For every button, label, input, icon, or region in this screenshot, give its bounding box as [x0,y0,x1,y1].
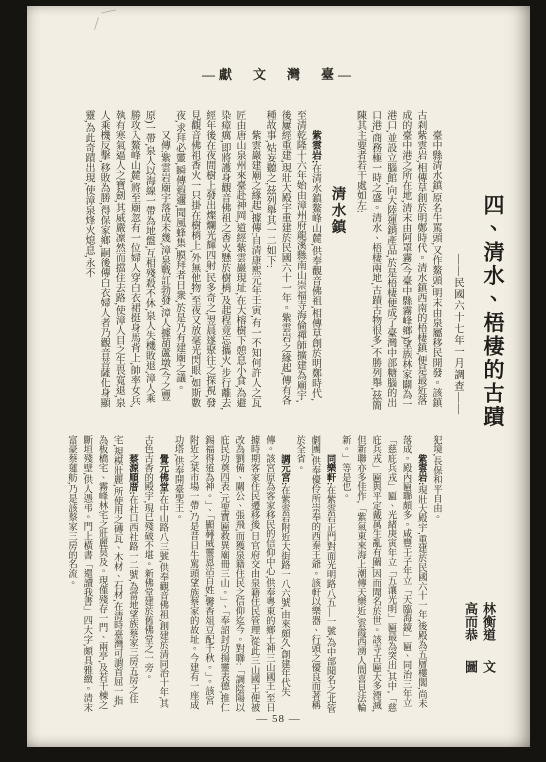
author-name: 林衡道 [481,602,496,641]
place-name: 紫雲岩: [416,454,426,485]
paragraph: 同樂軒:在紫雲岩正門對面光明路八五—一號,為中部聞名之北管劇團,供奉優伶所崇奉的… [291,435,337,713]
paragraph: 蔡源順厝:在社口西社路一二號,為當地望族蔡家三房五房之住宅,規模壯麗,所使用之磚… [63,435,139,713]
author-role: 文 [481,660,496,673]
text-row-top: 臺中縣清水鎮,原名牛罵頭,又作鰲頭,明末由泉屬移民開發。該鎮古刹紫雲岩,相傳草創… [43,110,443,410]
document-page: —獻 文 灣 臺— 四、清水、梧棲的古蹟 ——民國六十七年一月調查—— 林衡道 … [27,6,530,747]
paragraph: 紫雲巖建廟之緣起,據傳:自清康熙元年壬寅,有一不知何許人之瓦匠由唐山泉州來臺赴神… [172,110,263,410]
paragraph: 調元宮:在紫雲岩附近大街路一八六號,由來頗久,創建年代失傳。該宮原為客家移民的信… [169,435,291,713]
place-name: 紫雲岩: [309,130,320,163]
paragraph-text: 紫雲巖建廟之緣起,據傳:自清康熙元年壬寅,有一不知何許人之瓦匠由唐山泉州來臺赴神… [174,110,260,410]
article-subtitle: ——民國六十七年一月調查—— [451,254,466,415]
paragraph-text: 現壯大殿宇,重建於民國六十一年,後殿為五層樓閣,尚未落成。殿內匾聯頗多。咸豐壬子… [340,435,426,712]
author-block: 林衡道 文 高而恭 圖 [461,602,497,673]
place-name: 同樂軒: [325,454,335,485]
paragraph: 犯境,長保和平自由。 [428,435,443,713]
scan-artifact [93,8,123,32]
section-heading: 清水鎮 [325,110,349,410]
place-name: 蔡源順厝: [127,454,137,495]
paragraph-text: 又傳:紫雲岩廟宇落成未幾,漳泉戰訌勃發,漳人據葫蘆墩(今之豐原)一帶,泉人以海線… [83,110,169,408]
place-name: 調元宮: [279,454,289,485]
page-number: — 58 — [27,713,530,725]
journal-header: —獻 文 灣 臺— [27,64,530,83]
paragraph: 又傳:紫雲岩廟宇落成未幾,漳泉戰訌勃發,漳人據葫蘆墩(今之豐原)一帶,泉人以海線… [81,110,172,410]
paragraph-text: 臺中縣清水鎮,原名牛罵頭,又作鰲頭,明末由泉屬移民開發。該鎮古刹紫雲岩,相傳草創… [355,110,441,410]
text-row-bottom: 犯境,長保和平自由。紫雲岩:現壯大殿宇,重建於民國六十一年,後殿為五層樓閣,尚未… [43,435,443,713]
paragraph: 紫雲岩:在清水鎮鰲峰山麓,供奉觀音佛祖,相傳草創於明鄭時代,至清乾隆十六年始由漳… [262,110,322,410]
author-name: 高而恭 [463,602,478,641]
paragraph-text: 在紫雲岩附近大街路一八六號,由來頗久,創建年代失傳。該宮原為客家移民的信仰中心,… [173,435,289,712]
paragraph: 覺元佛堂:在中山路八三號,供奉觀音佛祖,創建於清同治十年,其古色古香的殿宇,現已… [139,435,169,713]
author-line: 林衡道 文 [479,602,497,673]
author-role: 圖 [463,660,478,673]
paragraph: 紫雲岩:現壯大殿宇,重建於民國六十一年,後殿為五層樓閣,尚未落成。殿內匾聯頗多。… [337,435,428,713]
paragraph: 臺中縣清水鎮,原名牛罵頭,又作鰲頭,明末由泉屬移民開發。該鎮古刹紫雲岩,相傳草創… [352,110,443,410]
photo-background: —獻 文 灣 臺— 四、清水、梧棲的古蹟 ——民國六十七年一月調查—— 林衡道 … [0,0,546,762]
author-line: 高而恭 圖 [461,602,479,673]
article-title: 四、清水、梧棲的古蹟 [478,194,508,429]
place-name: 覺元佛堂: [157,454,167,495]
paragraph-text: 犯境,長保和平自由。 [431,435,441,522]
